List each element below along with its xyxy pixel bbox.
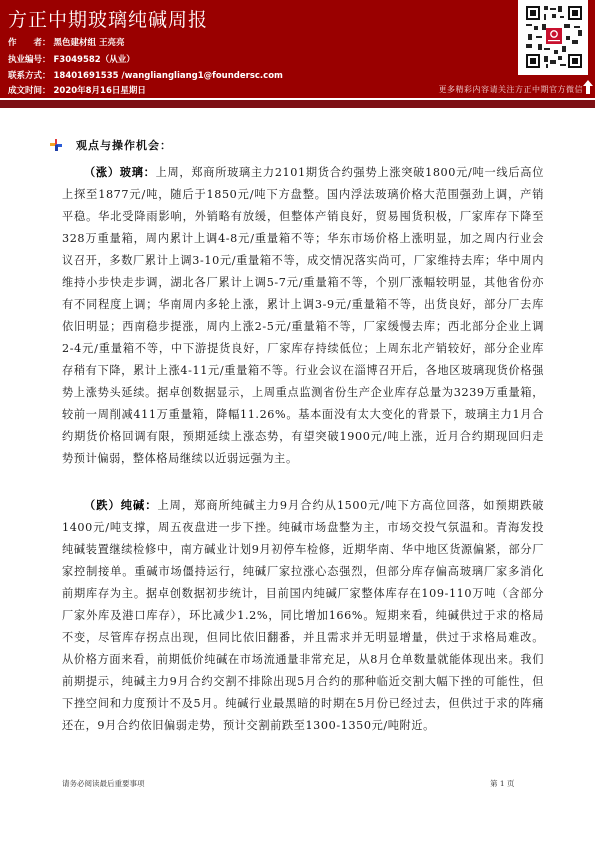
contact-line: 联系方式： 18401691535 /wangliangliang1@found… [8,69,283,81]
date-line: 成文时间： 2020年8月16日星期日 [8,84,146,96]
soda-body: 上周，郑商所纯碱主力9月合约从1500元/吨下方高位回落，如预期跌破1400元/… [62,499,544,732]
report-title: 方正中期玻璃纯碱周报 [8,5,208,32]
report-header: 方正中期玻璃纯碱周报 作 者： 黑色建材组 王亮亮 执业编号： F3049582… [0,0,595,98]
author-label: 作 者： [8,36,51,48]
qr-code-icon [524,4,584,70]
four-color-bullet-icon [50,139,62,151]
section-heading: 观点与操作机会： [50,137,172,153]
footer-disclaimer: 请务必阅读最后重要事项 [62,778,145,789]
date-label: 成文时间： [8,84,51,96]
contact-value[interactable]: 18401691535 /wangliangliang1@foundersc.c… [53,71,282,81]
glass-body: 上周，郑商所玻璃主力2101期货合约强势上涨突破1800元/吨一线后高位上探至1… [62,166,544,465]
qr-code-box [518,0,588,75]
glass-lead: （涨）玻璃： [84,165,156,179]
contact-label: 联系方式： [8,69,51,81]
license-value: F3049582（从业） [53,55,134,65]
follow-wechat-text: 更多精彩内容请关注方正中期官方微信 [439,84,584,95]
date-value: 2020年8月16日星期日 [53,86,145,96]
soda-lead: （跌）纯碱： [84,498,157,512]
section-title: 观点与操作机会： [76,137,172,153]
license-label: 执业编号： [8,53,51,65]
arrow-up-icon [583,80,593,94]
author-line: 作 者： 黑色建材组 王亮亮 [8,36,124,48]
page-number: 第 1 页 [490,778,515,789]
glass-paragraph: （涨）玻璃：上周，郑商所玻璃主力2101期货合约强势上涨突破1800元/吨一线后… [62,161,544,470]
header-divider-band [0,100,595,108]
license-line: 执业编号： F3049582（从业） [8,53,135,65]
author-value: 黑色建材组 王亮亮 [53,38,124,48]
soda-paragraph: （跌）纯碱：上周，郑商所纯碱主力9月合约从1500元/吨下方高位回落，如预期跌破… [62,494,544,737]
